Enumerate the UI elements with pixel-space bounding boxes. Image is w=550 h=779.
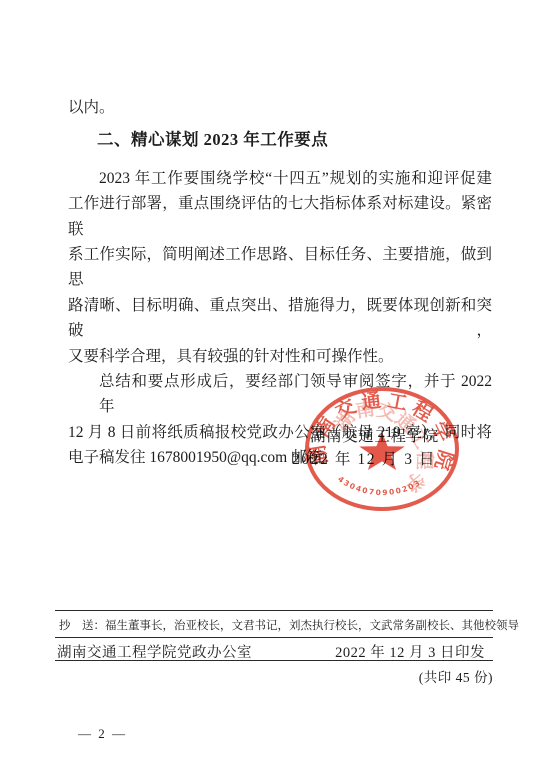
print-date: 2022 年 12 月 3 日印发 [335,641,485,662]
paragraph-line: 系工作实际，简明阐述工作思路、目标任务、主要措施，做到思 [68,242,492,293]
official-seal-stamp: 湖南交通工程学院 湖南交通工程学院 4304070900203 [300,385,465,515]
issuer-line: 湖南交通工程学院党政办公室 2022 年 12 月 3 日印发 [55,641,493,662]
carryover-line: 以内。 [68,95,492,120]
cc-recipients: 福生董事长，治亚校长，文君书记，刘杰执行校长，文武常务副校长、其他校领导 [105,620,519,632]
paragraph-1: 2023 年工作要围绕学校“十四五”规划的实施和迎评促建 工作进行部署，重点围绕… [68,166,492,369]
footer-divider-middle [55,637,493,638]
footer-divider-top [55,610,493,611]
page-number: — 2 — [78,726,127,742]
paragraph-line: 2023 年工作要围绕学校“十四五”规划的实施和迎评促建 [68,166,492,191]
paragraph-line: 又要科学合理，具有较强的针对性和可操作性。 [68,344,492,369]
section-heading: 二、精心谋划 2023 年工作要点 [97,127,492,152]
cc-label: 抄 送： [59,620,105,632]
copies-count: (共印 45 份) [55,666,493,686]
paragraph-line: 路清晰、目标明确、重点突出、措施得力，既要体现创新和突破， [68,293,492,344]
footer-divider-bottom [55,660,493,661]
document-page: 以内。 二、精心谋划 2023 年工作要点 2023 年工作要围绕学校“十四五”… [0,0,550,779]
paragraph-line: 工作进行部署，重点围绕评估的七大指标体系对标建设。紧密联 [68,191,492,242]
cc-line: 抄 送：福生董事长，治亚校长，文君书记，刘杰执行校长，文武常务副校长、其他校领导 [55,617,493,633]
issuing-office: 湖南交通工程学院党政办公室 [57,641,252,662]
seal-star-icon [359,432,405,470]
